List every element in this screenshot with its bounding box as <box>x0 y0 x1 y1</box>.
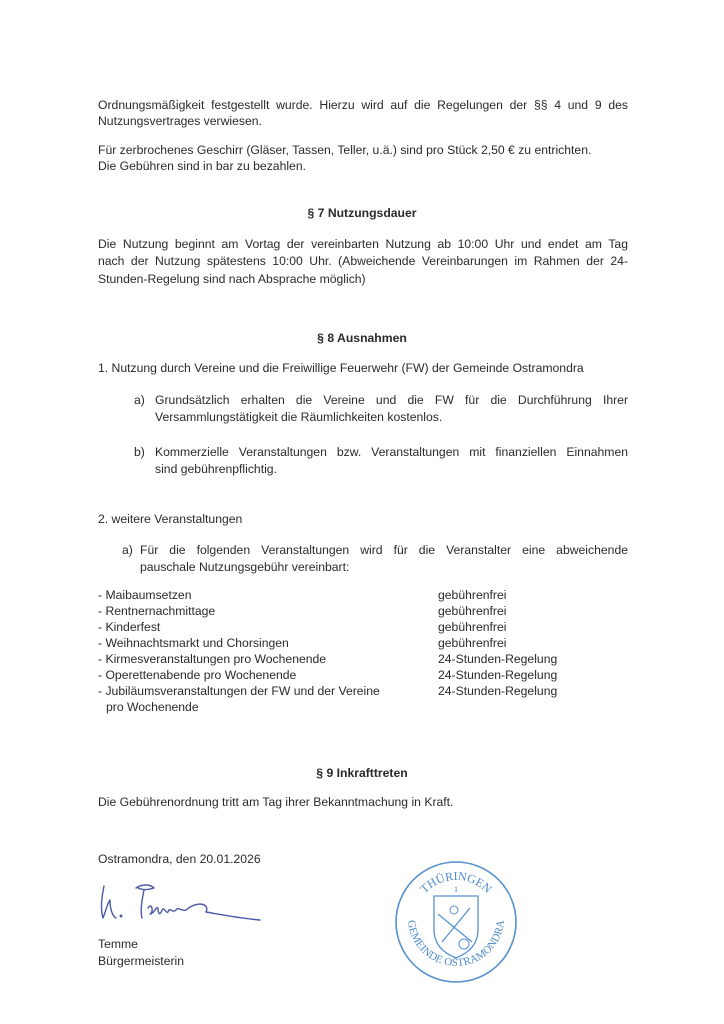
place-date: Ostramondra, den 20.01.2026 <box>98 851 261 867</box>
section-8-item-1a-line-1: Grundsätzlich erhalten die Vereine und d… <box>155 392 628 408</box>
section-7-heading: § 7 Nutzungsdauer <box>0 205 724 221</box>
section-9-heading: § 9 Inkrafttreten <box>0 765 724 781</box>
section-8-item-1a-marker: a) <box>134 392 145 408</box>
section-7-line-1: Die Nutzung beginnt am Vortag der verein… <box>98 236 628 252</box>
intro-line-2: Nutzungsvertrages verwiesen. <box>98 113 262 129</box>
section-8-item-2: 2. weitere Veranstaltungen <box>98 511 242 527</box>
event-fee: 24-Stunden-Regelung <box>438 683 557 699</box>
section-8-item-2a-marker: a) <box>122 542 133 558</box>
official-seal-icon: THÜRINGEN GEMEINDE OSTRAMONDRA 1 <box>392 858 520 986</box>
section-8-item-1: 1. Nutzung durch Vereine und die Freiwil… <box>98 360 584 376</box>
section-8-item-1b-marker: b) <box>134 444 145 460</box>
intro-line-1: Ordnungsmäßigkeit festgestellt wurde. Hi… <box>98 97 628 113</box>
event-fee: gebührenfrei <box>438 635 506 651</box>
section-8-item-2a-line-2: pauschale Nutzungsgebühr vereinbart: <box>140 559 349 575</box>
section-8-item-1b-line-1: Kommerzielle Veranstaltungen bzw. Verans… <box>155 444 628 460</box>
intro-line-3: Für zerbrochenes Geschirr (Gläser, Tasse… <box>98 142 591 158</box>
event-name: - Kirmesveranstaltungen pro Wochenende <box>98 651 326 667</box>
section-8-item-1a-line-2: Versammlungstätigkeit die Räumlichkeiten… <box>155 409 442 425</box>
event-fee: 24-Stunden-Regelung <box>438 651 557 667</box>
signer-title: Bürgermeisterin <box>98 953 184 969</box>
event-fee: 24-Stunden-Regelung <box>438 667 557 683</box>
section-8-heading: § 8 Ausnahmen <box>0 330 724 346</box>
seal-number: 1 <box>454 885 458 894</box>
event-fee: gebührenfrei <box>438 603 506 619</box>
svg-text:GEMEINDE OSTRAMONDRA: GEMEINDE OSTRAMONDRA <box>405 919 507 969</box>
event-name: - Operettenabende pro Wochenende <box>98 667 296 683</box>
event-fee: gebührenfrei <box>438 587 506 603</box>
seal-bottom-text: GEMEINDE OSTRAMONDRA <box>405 919 507 969</box>
signature-icon <box>98 878 268 928</box>
event-name: - Rentnernachmittage <box>98 603 215 619</box>
event-name-continuation: pro Wochenende <box>106 699 199 715</box>
signer-name: Temme <box>98 936 138 952</box>
section-7-line-2: nach der Nutzung spätestens 10:00 Uhr. (… <box>98 253 628 269</box>
event-name: - Weihnachtsmarkt und Chorsingen <box>98 635 289 651</box>
section-8-item-1b-line-2: sind gebührenpflichtig. <box>155 461 277 477</box>
event-fee: gebührenfrei <box>438 619 506 635</box>
section-8-item-2a-line-1: Für die folgenden Veranstaltungen wird f… <box>140 542 628 558</box>
section-7-line-3: Stunden-Regelung sind nach Absprache mög… <box>98 271 366 287</box>
event-name: - Maibaumsetzen <box>98 587 191 603</box>
section-9-line-1: Die Gebührenordnung tritt am Tag ihrer B… <box>98 794 453 810</box>
intro-line-4: Die Gebühren sind in bar zu bezahlen. <box>98 158 306 174</box>
event-name: - Kinderfest <box>98 619 160 635</box>
event-name: - Jubiläumsveranstaltungen der FW und de… <box>98 683 380 699</box>
